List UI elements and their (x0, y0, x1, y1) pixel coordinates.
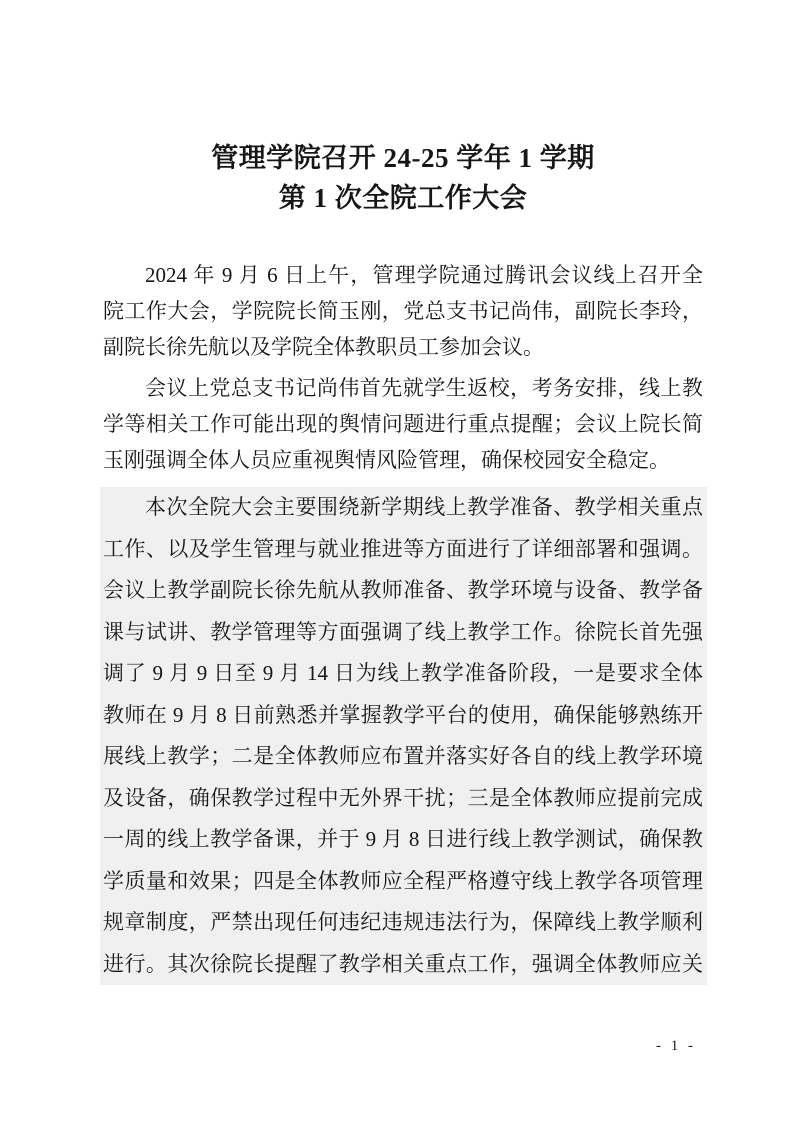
text-line: 规章制度，严禁出现任何违纪违规违法行为，保障线上教学顺利 (103, 902, 703, 944)
text-line: 课与试讲、教学管理等方面强调了线上教学工作。徐院长首先强 (103, 612, 703, 654)
document-page: 管理学院召开 24-25 学年 1 学期 第 1 次全院工作大会 2024 年 … (0, 0, 793, 1122)
paragraph: 2024 年 9 月 6 日上午，管理学院通过腾讯会议线上召开全院工作大会，学院… (103, 257, 703, 365)
text-line: 展线上教学；二是全体教师应布置并落实好各自的线上教学环境 (103, 736, 703, 778)
document-content: 管理学院召开 24-25 学年 1 学期 第 1 次全院工作大会 2024 年 … (103, 0, 703, 985)
text-line: 一周的线上教学备课，并于 9 月 8 日进行线上教学测试，确保教 (103, 819, 703, 861)
text-line: 进行。其次徐院长提醒了教学相关重点工作，强调全体教师应关 (103, 944, 703, 986)
paragraph: 会议上党总支书记尚伟首先就学生返校，考务安排，线上教学等相关工作可能出现的舆情问… (103, 370, 703, 478)
title-line-1: 管理学院召开 24-25 学年 1 学期 (103, 138, 703, 178)
text-line: 学质量和效果；四是全体教师应全程严格遵守线上教学各项管理 (103, 861, 703, 903)
text-line: 院工作大会，学院院长简玉刚，党总支书记尚伟，副院长李玲， (103, 293, 703, 329)
text-line: 学等相关工作可能出现的舆情问题进行重点提醒；会议上院长简 (103, 406, 703, 442)
text-line: 工作、以及学生管理与就业推进等方面进行了详细部署和强调。 (103, 529, 703, 571)
text-line: 调了 9 月 9 日至 9 月 14 日为线上教学准备阶段，一是要求全体 (103, 653, 703, 695)
title-line-2: 第 1 次全院工作大会 (103, 178, 703, 218)
text-line: 副院长徐先航以及学院全体教职员工参加会议。 (103, 329, 703, 365)
document-body: 2024 年 9 月 6 日上午，管理学院通过腾讯会议线上召开全院工作大会，学院… (103, 257, 703, 985)
text-line: 2024 年 9 月 6 日上午，管理学院通过腾讯会议线上召开全 (103, 257, 703, 293)
text-line: 会议上党总支书记尚伟首先就学生返校，考务安排，线上教 (103, 370, 703, 406)
text-line: 玉刚强调全体人员应重视舆情风险管理，确保校园安全稳定。 (103, 442, 703, 478)
document-title: 管理学院召开 24-25 学年 1 学期 第 1 次全院工作大会 (103, 138, 703, 218)
text-line: 本次全院大会主要围绕新学期线上教学准备、教学相关重点 (103, 487, 703, 529)
page-number: - 1 - (656, 1038, 696, 1055)
text-line: 教师在 9 月 8 日前熟悉并掌握教学平台的使用，确保能够熟练开 (103, 695, 703, 737)
highlighted-paragraph: 本次全院大会主要围绕新学期线上教学准备、教学相关重点工作、以及学生管理与就业推进… (100, 487, 707, 985)
text-line: 及设备，确保教学过程中无外界干扰；三是全体教师应提前完成 (103, 778, 703, 820)
text-line: 会议上教学副院长徐先航从教师准备、教学环境与设备、教学备 (103, 570, 703, 612)
